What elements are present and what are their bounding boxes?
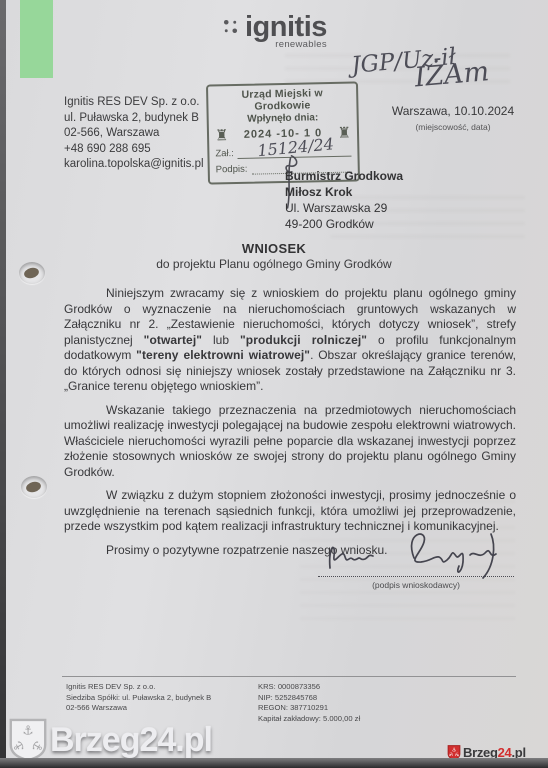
hole-punch xyxy=(21,476,47,498)
watermark-large-text: Brzeg24.pl xyxy=(50,721,212,760)
handwritten-note: JGP/Uz-ił IŻAm xyxy=(351,44,490,94)
applicant-signature xyxy=(318,528,514,584)
shield-icon-large: ⚓ ⚓ ⚓ xyxy=(8,718,48,762)
brand-logo: ignitis renewables xyxy=(222,12,327,50)
stamp-attachment-label: Zał.: xyxy=(215,148,234,159)
watermark-large: ⚓ ⚓ ⚓ Brzeg24.pl xyxy=(8,718,212,762)
footer-line: KRS: 0000873356 xyxy=(258,682,360,693)
scan-edge-left xyxy=(0,0,6,768)
recipient-line: Burmistrz Grodkowa xyxy=(285,168,403,184)
document-subtitle: do projektu Planu ogólnego Gminy Grodków xyxy=(0,257,548,271)
place-date: Warszawa, 10.10.2024 (miejscowość, data) xyxy=(372,104,534,132)
applicant-signature-block: (podpis wnioskodawcy) xyxy=(318,530,514,590)
place-date-value: Warszawa, 10.10.2024 xyxy=(372,104,534,118)
signature-line xyxy=(318,530,514,577)
castle-icon: ♜ xyxy=(337,125,351,141)
castle-icon: ♜ xyxy=(215,127,229,143)
ignitis-spark-icon xyxy=(222,18,239,35)
scan-edge-bottom xyxy=(0,758,548,768)
stamp-signature-label: Podpis: xyxy=(216,164,248,176)
footer-line: Ignitis RES DEV Sp. z o.o. xyxy=(66,682,211,693)
document-title: WNIOSEK xyxy=(0,241,548,256)
address-line: 02-566, Warszawa xyxy=(64,126,204,142)
footer-line: NIP: 5252845768 xyxy=(258,693,360,704)
place-date-caption: (miejscowość, data) xyxy=(372,122,534,132)
address-line: ul. Puławska 2, budynek B xyxy=(64,111,204,127)
footer-divider xyxy=(62,676,516,677)
recipient-line: 49-200 Grodków xyxy=(285,216,403,232)
footer-line: Kapitał zakładowy: 5.000,00 zł xyxy=(258,714,360,725)
recipient-line: Miłosz Krok xyxy=(285,184,403,200)
recipient-address: Burmistrz Grodkowa Miłosz Krok Ul. Warsz… xyxy=(285,168,403,232)
address-line: +48 690 288 695 xyxy=(64,142,204,158)
footer-line: Siedziba Spółki: ul. Puławska 2, budynek… xyxy=(66,693,211,704)
footer-company: Ignitis RES DEV Sp. z o.o. Siedziba Spół… xyxy=(66,682,211,714)
sticky-tab xyxy=(20,0,53,78)
stamp-received-label: Wpłynęło dnia: xyxy=(215,112,351,126)
recipient-line: Ul. Warszawska 29 xyxy=(285,200,403,216)
svg-text:⚓: ⚓ xyxy=(22,722,33,737)
footer-line: REGON: 387710291 xyxy=(258,703,360,714)
body-paragraph-1: Niniejszym zwracamy się z wnioskiem do p… xyxy=(64,286,516,395)
stamp-office-name: Urząd Miejski w Grodkowie xyxy=(214,87,350,114)
footer-registry: KRS: 0000873356 NIP: 5252845768 REGON: 3… xyxy=(258,682,360,724)
letter-body: Niniejszym zwracamy się z wnioskiem do p… xyxy=(64,286,516,566)
scanned-letter-page: ignitis renewables JGP/Uz-ił IŻAm Igniti… xyxy=(0,0,548,768)
address-line: karolina.topolska@ignitis.pl xyxy=(64,157,204,173)
sender-address: Ignitis RES DEV Sp. z o.o. ul. Puławska … xyxy=(64,95,204,173)
body-paragraph-2: Wskazanie takiego przeznaczenia na przed… xyxy=(64,403,516,481)
handwritten-note-line2: IŻAm xyxy=(414,62,490,88)
footer-line: 02-566 Warszawa xyxy=(66,703,211,714)
address-line: Ignitis RES DEV Sp. z o.o. xyxy=(64,95,204,111)
